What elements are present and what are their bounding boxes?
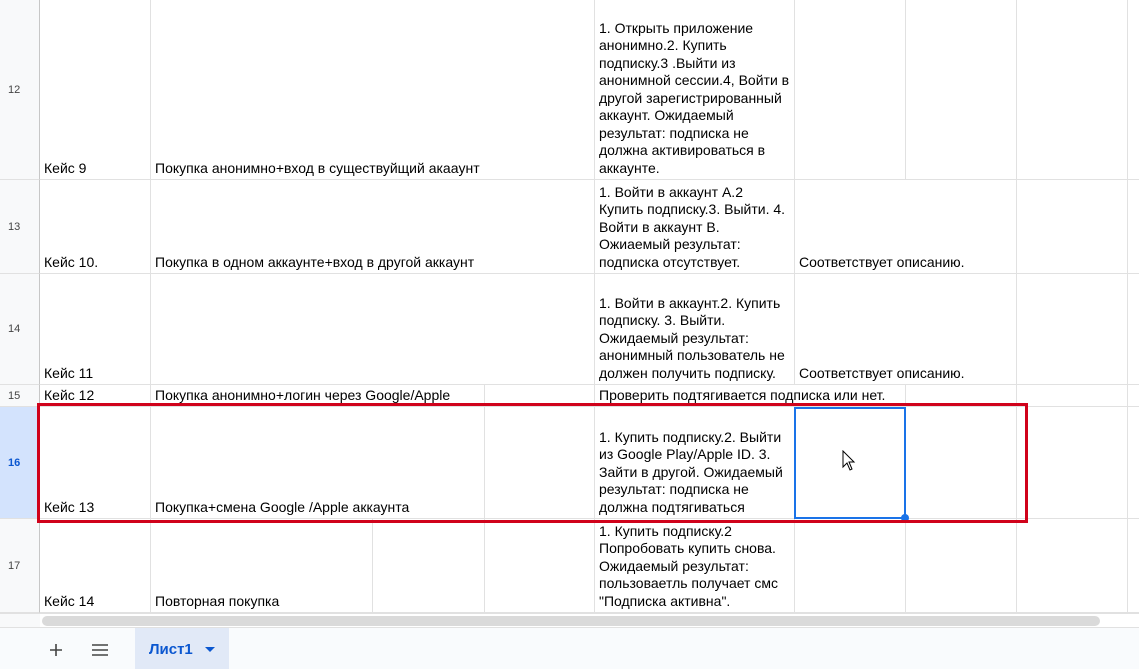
cell-result[interactable]: Соответствует описанию. <box>795 180 1017 274</box>
cell-empty[interactable] <box>1017 519 1128 613</box>
case-label: Кейс 9 <box>44 160 86 178</box>
case-title: Покупка+смена Google /Apple аккаунта <box>155 499 409 517</box>
menu-icon <box>92 644 108 656</box>
case-steps: 1. Купить подписку.2. Выйти из Google Pl… <box>599 429 790 517</box>
cell-empty[interactable] <box>1017 385 1128 407</box>
cell-empty[interactable] <box>1128 385 1139 407</box>
cell-title[interactable]: Покупка анонимно+логин через Google/Appl… <box>151 385 485 407</box>
sheet-tab-bar: Лист1 <box>0 627 1139 669</box>
case-label: Кейс 10. <box>44 254 98 272</box>
case-title: Покупка в одном аккаунте+вход в другой а… <box>155 254 474 272</box>
case-title: Покупка анонимно+вход в существуйщий ака… <box>155 160 480 178</box>
cell-steps[interactable]: Проверить подтягивается подписка или нет… <box>595 385 906 407</box>
horizontal-scrollbar[interactable] <box>42 616 1100 626</box>
cell-empty[interactable] <box>373 519 485 613</box>
case-steps: 1. Купить подписку.2 Попробовать купить … <box>599 523 790 611</box>
cell-empty[interactable] <box>485 385 595 407</box>
mouse-cursor-icon <box>842 450 856 472</box>
cell-empty[interactable] <box>906 0 1017 180</box>
row-header-17[interactable]: 17 <box>0 519 40 613</box>
cell-empty[interactable] <box>1017 407 1128 519</box>
cell-case[interactable]: Кейс 13 <box>40 407 151 519</box>
cell-empty[interactable] <box>906 519 1017 613</box>
case-steps: 1. Войти в аккаунт А.2 Купить подписку.3… <box>599 184 790 272</box>
cell-title[interactable]: Покупка в одном аккаунте+вход в другой а… <box>151 180 595 274</box>
cell-empty[interactable] <box>1128 180 1139 274</box>
case-title: Покупка анонимно+логин через Google/Appl… <box>155 387 450 405</box>
case-steps: 1. Открыть приложение анонимно.2. Купить… <box>599 20 790 178</box>
row-header-13[interactable]: 13 <box>0 180 40 274</box>
cell-empty[interactable] <box>1128 519 1139 613</box>
cell-empty[interactable] <box>485 519 595 613</box>
row-header-15[interactable]: 15 <box>0 385 40 407</box>
case-steps: Проверить подтягивается подписка или нет… <box>599 387 885 405</box>
add-sheet-button[interactable] <box>42 636 70 664</box>
dropdown-arrow-icon[interactable] <box>205 647 215 652</box>
fill-handle[interactable] <box>901 514 909 522</box>
case-result: Соответствует описанию. <box>799 254 965 272</box>
cell-case[interactable]: Кейс 12 <box>40 385 151 407</box>
scroll-corner <box>0 614 40 628</box>
cell-empty[interactable] <box>1128 407 1139 519</box>
cell-steps[interactable]: 1. Купить подписку.2. Выйти из Google Pl… <box>595 407 795 519</box>
cell-result[interactable] <box>795 0 906 180</box>
cell-empty[interactable] <box>1017 180 1128 274</box>
horizontal-scrollbar-track <box>0 613 1139 628</box>
cell-case[interactable]: Кейс 10. <box>40 180 151 274</box>
cell-empty[interactable] <box>485 407 595 519</box>
cell-title[interactable]: Покупка анонимно+вход в существуйщий ака… <box>151 0 595 180</box>
cell-result[interactable]: Соответствует описанию. <box>795 274 1017 385</box>
cell-case[interactable]: Кейс 11 <box>40 274 151 385</box>
row-header-12[interactable]: 12 <box>0 0 40 180</box>
cell-empty[interactable] <box>1017 0 1128 180</box>
case-label: Кейс 12 <box>44 387 94 405</box>
plus-icon <box>49 643 63 657</box>
cell-empty[interactable] <box>1017 274 1128 385</box>
row-header-14[interactable]: 14 <box>0 274 40 385</box>
cell-result[interactable] <box>795 519 906 613</box>
cell-empty[interactable] <box>1128 274 1139 385</box>
cell-empty[interactable] <box>906 407 1017 519</box>
sheet-tab-label: Лист1 <box>149 641 193 658</box>
case-title: Повторная покупка <box>155 593 279 611</box>
cell-steps[interactable]: 1. Купить подписку.2 Попробовать купить … <box>595 519 795 613</box>
cell-title[interactable]: Повторная покупка <box>151 519 373 613</box>
case-steps: 1. Войти в аккаунт.2. Купить подписку. 3… <box>599 295 790 383</box>
case-label: Кейс 14 <box>44 593 94 611</box>
spreadsheet-grid: 12 Кейс 9 Покупка анонимно+вход в сущест… <box>0 0 1139 613</box>
cell-title[interactable]: Покупка+смена Google /Apple аккаунта <box>151 407 485 519</box>
cell-steps[interactable]: 1. Войти в аккаунт А.2 Купить подписку.3… <box>595 180 795 274</box>
case-label: Кейс 11 <box>44 365 93 383</box>
sheet-tab-list1[interactable]: Лист1 <box>135 628 229 669</box>
cell-empty[interactable] <box>1128 0 1139 180</box>
case-result: Соответствует описанию. <box>799 365 965 383</box>
cell-case[interactable]: Кейс 14 <box>40 519 151 613</box>
row-header-16[interactable]: 16 <box>0 407 40 519</box>
cell-case[interactable]: Кейс 9 <box>40 0 151 180</box>
cell-steps[interactable]: 1. Войти в аккаунт.2. Купить подписку. 3… <box>595 274 795 385</box>
all-sheets-button[interactable] <box>86 636 114 664</box>
cell-steps[interactable]: 1. Открыть приложение анонимно.2. Купить… <box>595 0 795 180</box>
cell-empty[interactable] <box>906 385 1017 407</box>
cell-title[interactable] <box>151 274 595 385</box>
case-label: Кейс 13 <box>44 499 94 517</box>
